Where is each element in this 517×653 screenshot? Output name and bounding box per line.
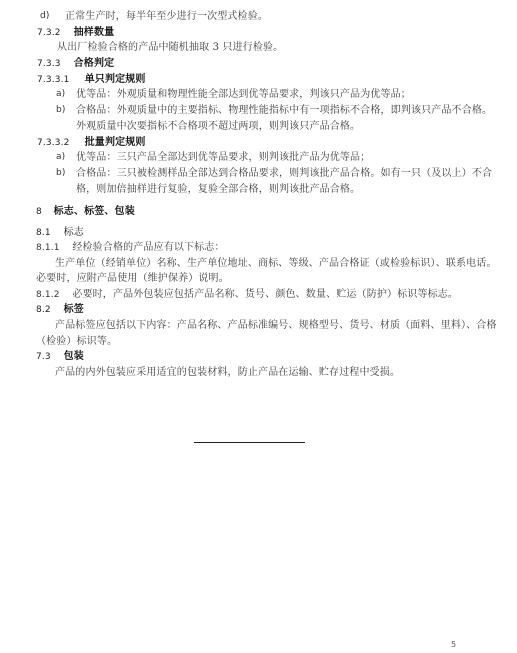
list-text: 正常生产时，每半年至少进行一次型式检验。 <box>65 11 268 22</box>
end-of-document-rule <box>194 442 305 443</box>
section-title: 单只判定规则 <box>85 74 146 85</box>
section-number: 7.3.3 <box>37 58 70 71</box>
section-heading-8-2: 8.2 标签 <box>36 303 84 317</box>
section-heading-7-3-2: 7.3.2 抽样数量 <box>37 26 114 40</box>
list-item-a: a) 优等品：三只产品全部达到优等品要求，则判该批产品为优等品； <box>76 151 370 164</box>
section-heading-7-3-3-2: 7.3.3.2 批量判定规则 <box>37 136 146 150</box>
section-title: 标志、标签、包装 <box>54 206 135 217</box>
page-number: 5 <box>451 640 456 649</box>
paragraph: 生产单位（经销单位）名称、生产单位地址、商标、等级、产品合格证（或检验标识）、联… <box>55 257 497 270</box>
clause-text: 必要时，产品外包装应包括产品名称、货号、颜色、数量、贮运（防护）标识等标志。 <box>72 289 458 300</box>
list-text: 合格品：三只被检测样品全部达到合格品要求，则判该批产品合格。如有一只（及以上）不… <box>76 168 492 179</box>
section-title: 标签 <box>64 304 84 315</box>
section-title: 抽样数量 <box>74 27 115 38</box>
section-number: 7.3.3.2 <box>37 137 81 150</box>
clause-8-1-1: 8.1.1 经检验合格的产品应有以下标志： <box>36 241 225 255</box>
chapter-heading-8: 8 标志、标签、包装 <box>36 205 135 219</box>
list-item-a: a) 优等品：外观质量和物理性能全部达到优等品要求，判该只产品为优等品； <box>76 88 411 101</box>
list-label: d) <box>40 10 50 23</box>
section-number: 7.3.2 <box>37 27 70 40</box>
section-heading-7-3-3: 7.3.3 合格判定 <box>37 57 114 71</box>
section-number: 8.1.2 <box>36 289 69 302</box>
list-label: a) <box>56 88 65 101</box>
list-label: b) <box>56 104 66 117</box>
paragraph-continuation: （检验）标识等。 <box>36 335 117 348</box>
clause-text: 经检验合格的产品应有以下标志： <box>72 242 224 253</box>
list-label: a) <box>56 151 65 164</box>
clause-8-1-2: 8.1.2 必要时，产品外包装应包括产品名称、货号、颜色、数量、贮运（防护）标识… <box>36 288 458 302</box>
section-number: 8.1 <box>36 227 60 240</box>
paragraph: 产品的内外包装应采用适宜的包装材料，防止产品在运输、贮存过程中受损。 <box>55 366 400 379</box>
section-number: 7.3 <box>36 351 60 364</box>
list-text: 合格品：外观质量中的主要指标、物理性能指标中有一项指标不合格，即判该只产品不合格… <box>76 105 492 116</box>
list-label: b) <box>56 167 66 180</box>
section-heading-packaging: 7.3 包装 <box>36 350 84 364</box>
section-heading-8-1: 8.1 标志 <box>36 226 84 240</box>
paragraph-continuation: 必要时，应附产品使用（维护保养）说明。 <box>36 272 229 285</box>
section-number: 7.3.3.1 <box>37 74 81 87</box>
section-heading-7-3-3-1: 7.3.3.1 单只判定规则 <box>37 73 146 87</box>
paragraph: 产品标签应包括以下内容：产品名称、产品标准编号、规格型号、货号、材质（面料、里料… <box>55 319 497 332</box>
list-text: 优等品：外观质量和物理性能全部达到优等品要求，判该只产品为优等品； <box>76 89 411 100</box>
paragraph: 从出厂检验合格的产品中随机抽取 3 只进行检验。 <box>57 41 283 54</box>
list-item-d: d) 正常生产时，每半年至少进行一次型式检验。 <box>51 10 268 23</box>
list-item-continuation: 格，则加倍抽样进行复验，复验全部合格，则判该批产品合格。 <box>76 183 360 196</box>
section-title: 包装 <box>64 351 84 362</box>
list-text: 优等品：三只产品全部达到优等品要求，则判该批产品为优等品； <box>76 152 370 163</box>
section-title: 标志 <box>64 227 84 238</box>
section-number: 8.1.1 <box>36 242 69 255</box>
section-title: 批量判定规则 <box>85 137 146 148</box>
section-number: 8.2 <box>36 304 60 317</box>
list-item-continuation: 外观质量中次要指标不合格项不超过两项，则判该只产品合格。 <box>76 120 360 133</box>
list-item-b: b) 合格品：三只被检测样品全部达到合格品要求，则判该批产品合格。如有一只（及以… <box>76 167 492 180</box>
document-page: d) 正常生产时，每半年至少进行一次型式检验。 7.3.2 抽样数量 从出厂检验… <box>0 0 517 653</box>
list-item-b: b) 合格品：外观质量中的主要指标、物理性能指标中有一项指标不合格，即判该只产品… <box>76 104 492 117</box>
section-title: 合格判定 <box>74 58 115 69</box>
section-number: 8 <box>36 206 50 219</box>
